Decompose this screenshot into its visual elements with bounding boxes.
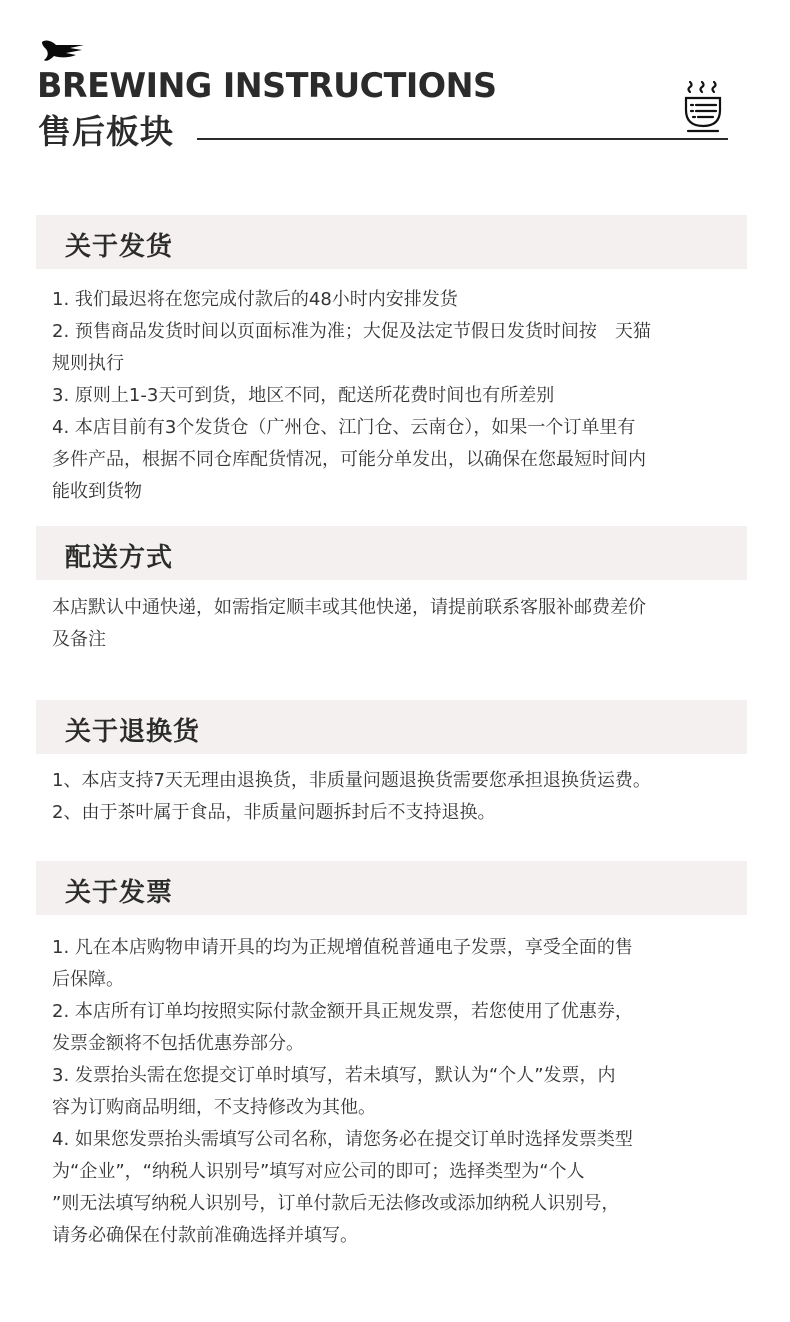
section-header-shipping: 关于发货 [36,215,747,269]
section-title: 关于发票 [65,872,173,909]
title-english: BREWING INSTRUCTIONS [37,66,497,106]
body-line: 后保障。 [52,964,722,996]
section-body-invoice: 1. 凡在本店购物申请开具的均为正规增值税普通电子发票，享受全面的售 后保障。 … [52,932,722,1252]
body-line: 2. 本店所有订单均按照实际付款金额开具正规发票，若您使用了优惠券， [52,996,722,1028]
section-title: 配送方式 [65,537,173,574]
body-line: 4. 本店目前有3个发货仓（广州仓、江门仓、云南仓），如果一个订单里有 [52,412,722,444]
body-line: 1. 凡在本店购物申请开具的均为正规增值税普通电子发票，享受全面的售 [52,932,722,964]
body-line: 本店默认中通快递，如需指定顺丰或其他快递，请提前联系客服补邮费差价 [52,592,722,624]
body-line: 3. 原则上1-3天可到货，地区不同，配送所花费时间也有所差别 [52,380,722,412]
swallow-logo-icon [40,38,86,64]
title-chinese: 售后板块 [38,106,174,153]
section-header-invoice: 关于发票 [36,861,747,915]
section-header-delivery: 配送方式 [36,526,747,580]
body-line: 发票金额将不包括优惠券部分。 [52,1028,722,1060]
body-line: 多件产品，根据不同仓库配货情况，可能分单发出，以确保在您最短时间内 [52,444,722,476]
body-line: 1. 我们最迟将在您完成付款后的48小时内安排发货 [52,284,722,316]
section-body-returns: 1、本店支持7天无理由退换货，非质量问题退换货需要您承担退换货运费。 2、由于茶… [52,765,722,829]
title-underline-divider [197,138,728,140]
body-line: 规则执行 [52,348,722,380]
body-line: 及备注 [52,624,722,656]
section-header-returns: 关于退换货 [36,700,747,754]
tea-bowl-steam-icon [680,80,726,136]
section-title: 关于退换货 [65,711,200,748]
section-body-delivery: 本店默认中通快递，如需指定顺丰或其他快递，请提前联系客服补邮费差价 及备注 [52,592,722,656]
body-line: 2. 预售商品发货时间以页面标准为准；大促及法定节假日发货时间按 天猫 [52,316,722,348]
section-body-shipping: 1. 我们最迟将在您完成付款后的48小时内安排发货 2. 预售商品发货时间以页面… [52,284,722,508]
body-line: 为“企业”，“纳税人识别号”填写对应公司的即可；选择类型为“个人 [52,1156,722,1188]
body-line: 2、由于茶叶属于食品，非质量问题拆封后不支持退换。 [52,797,722,829]
body-line: 容为订购商品明细，不支持修改为其他。 [52,1092,722,1124]
body-line: 3. 发票抬头需在您提交订单时填写，若未填写，默认为“个人”发票，内 [52,1060,722,1092]
body-line: 能收到货物 [52,476,722,508]
body-line: 1、本店支持7天无理由退换货，非质量问题退换货需要您承担退换货运费。 [52,765,722,797]
body-line: 4. 如果您发票抬头需填写公司名称，请您务必在提交订单时选择发票类型 [52,1124,722,1156]
body-line: 请务必确保在付款前准确选择并填写。 [52,1220,722,1252]
section-title: 关于发货 [65,226,173,263]
page-header: BREWING INSTRUCTIONS 售后板块 [0,0,790,180]
body-line: ”则无法填写纳税人识别号，订单付款后无法修改或添加纳税人识别号， [52,1188,722,1220]
